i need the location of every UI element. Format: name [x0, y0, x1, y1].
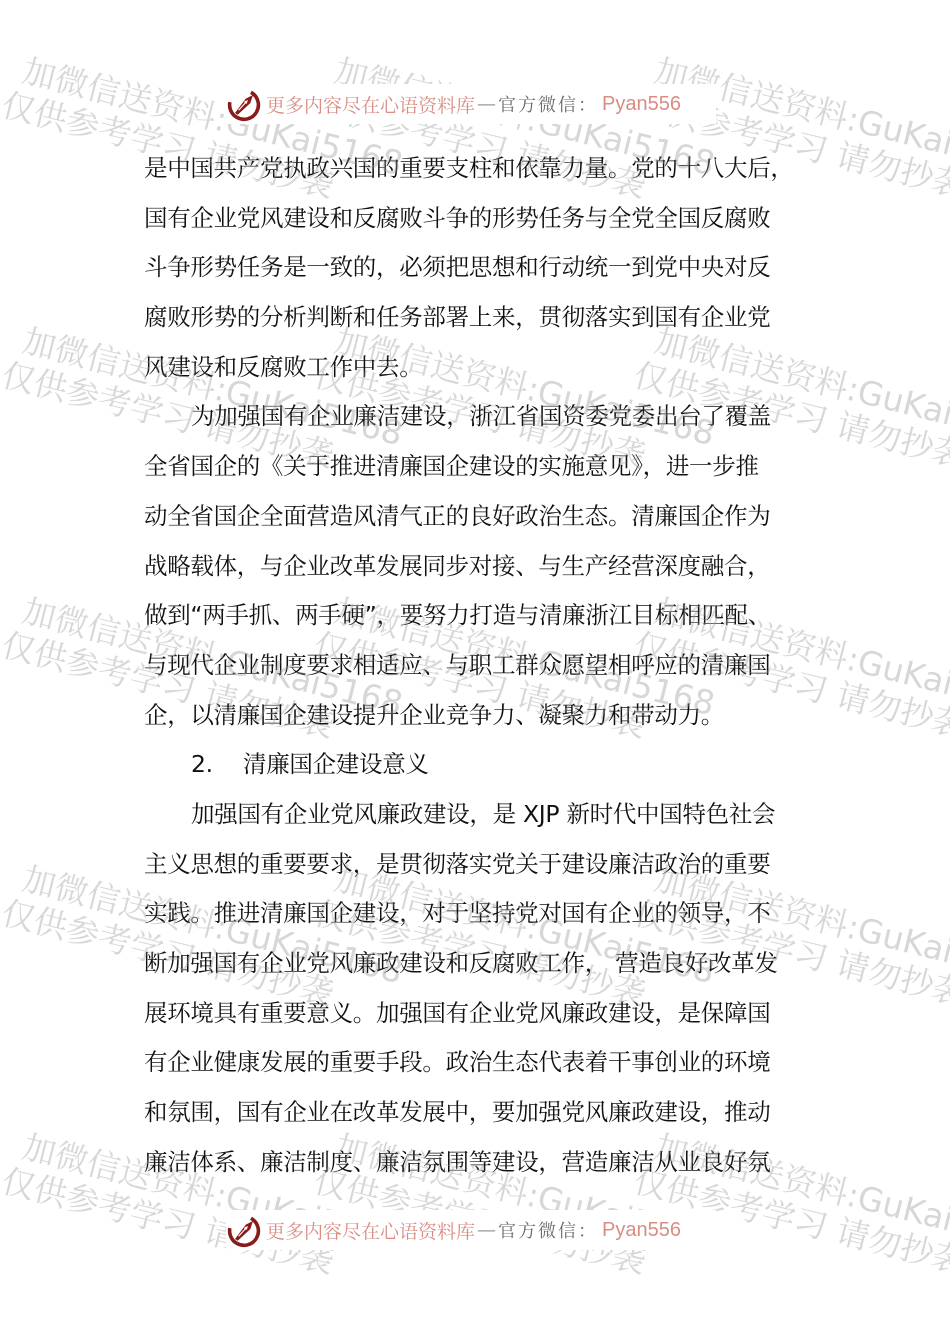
banner-wechat-id: Pyan556	[602, 1219, 681, 1242]
banner-wechat-label: 官方微信：	[498, 91, 598, 117]
text-line: 有企业健康发展的重要手段。政治生态代表着干事创业的环境	[144, 1038, 824, 1088]
text-line: 动全省国企全面营造风清气正的良好政治生态。清廉国企作为	[144, 492, 824, 542]
banner-dash: —	[477, 93, 496, 115]
text-line: 为加强国有企业廉洁建设，浙江省国资委党委出台了覆盖	[144, 392, 824, 442]
text-line: 廉洁体系、廉洁制度、廉洁氛围等建设，营造廉洁从业良好氛	[144, 1138, 824, 1188]
text-line: 断加强国有企业党风廉政建设和反腐败工作， 营造良好改革发	[144, 939, 824, 989]
text-line: 与现代企业制度要求相适应、与职工群众愿望相呼应的清廉国	[144, 641, 824, 691]
pen-nib-logo-icon	[226, 1212, 262, 1248]
text-line: 斗争形势任务是一致的，必须把思想和行动统一到党中央对反	[144, 243, 824, 293]
document-body: 是中国共产党执政兴国的重要支柱和依靠力量。党的十八大后， 国有企业党风建设和反腐…	[144, 144, 824, 1187]
text-line: 腐败形势的分析判断和任务部署上来，贯彻落实到国有企业党	[144, 293, 824, 343]
footer-banner: 更多内容尽在心语资料库 — 官方微信： Pyan556	[226, 1210, 716, 1250]
section-heading: 2.清廉国企建设意义	[144, 740, 824, 790]
text-line: 战略载体，与企业改革发展同步对接、与生产经营深度融合，	[144, 542, 824, 592]
text-line: 和氛围，国有企业在改革发展中，要加强党风廉政建设，推动	[144, 1088, 824, 1138]
section-number: 2.	[191, 740, 243, 790]
text-line: 全省国企的《关于推进清廉国企建设的实施意见》，进一步推	[144, 442, 824, 492]
header-banner: 更多内容尽在心语资料库 — 官方微信： Pyan556	[226, 84, 716, 124]
paragraph-2: 为加强国有企业廉洁建设，浙江省国资委党委出台了覆盖 全省国企的《关于推进清廉国企…	[144, 392, 824, 740]
paragraph-3: 加强国有企业党风廉政建设，是 XJP 新时代中国特色社会 主义思想的重要要求，是…	[144, 790, 824, 1188]
banner-title: 更多内容尽在心语资料库	[266, 91, 475, 118]
paragraph-1: 是中国共产党执政兴国的重要支柱和依靠力量。党的十八大后， 国有企业党风建设和反腐…	[144, 144, 824, 392]
text-line: 实践。推进清廉国企建设，对于坚持党对国有企业的领导，不	[144, 889, 824, 939]
banner-wechat-id: Pyan556	[602, 93, 681, 116]
banner-dash: —	[477, 1219, 496, 1241]
banner-wechat-label: 官方微信：	[498, 1217, 598, 1243]
pen-nib-logo-icon	[226, 86, 262, 122]
text-line: 加强国有企业党风廉政建设，是 XJP 新时代中国特色社会	[144, 790, 824, 840]
text-line: 主义思想的重要要求，是贯彻落实党关于建设廉洁政治的重要	[144, 840, 824, 890]
text-line: 风建设和反腐败工作中去。	[144, 343, 824, 393]
text-line: 是中国共产党执政兴国的重要支柱和依靠力量。党的十八大后，	[144, 144, 824, 194]
text-line: 展环境具有重要意义。加强国有企业党风廉政建设，是保障国	[144, 989, 824, 1039]
text-line: 国有企业党风建设和反腐败斗争的形势任务与全党全国反腐败	[144, 194, 824, 244]
section-title: 清廉国企建设意义	[243, 750, 429, 778]
text-line: 做到“两手抓、两手硬”，要努力打造与清廉浙江目标相匹配、	[144, 591, 824, 641]
banner-title: 更多内容尽在心语资料库	[266, 1217, 475, 1244]
text-line: 企，以清廉国企建设提升企业竞争力、凝聚力和带动力。	[144, 691, 824, 741]
document-page: 更多内容尽在心语资料库 — 官方微信： Pyan556 是中国共产党执政兴国的重…	[0, 0, 950, 1344]
